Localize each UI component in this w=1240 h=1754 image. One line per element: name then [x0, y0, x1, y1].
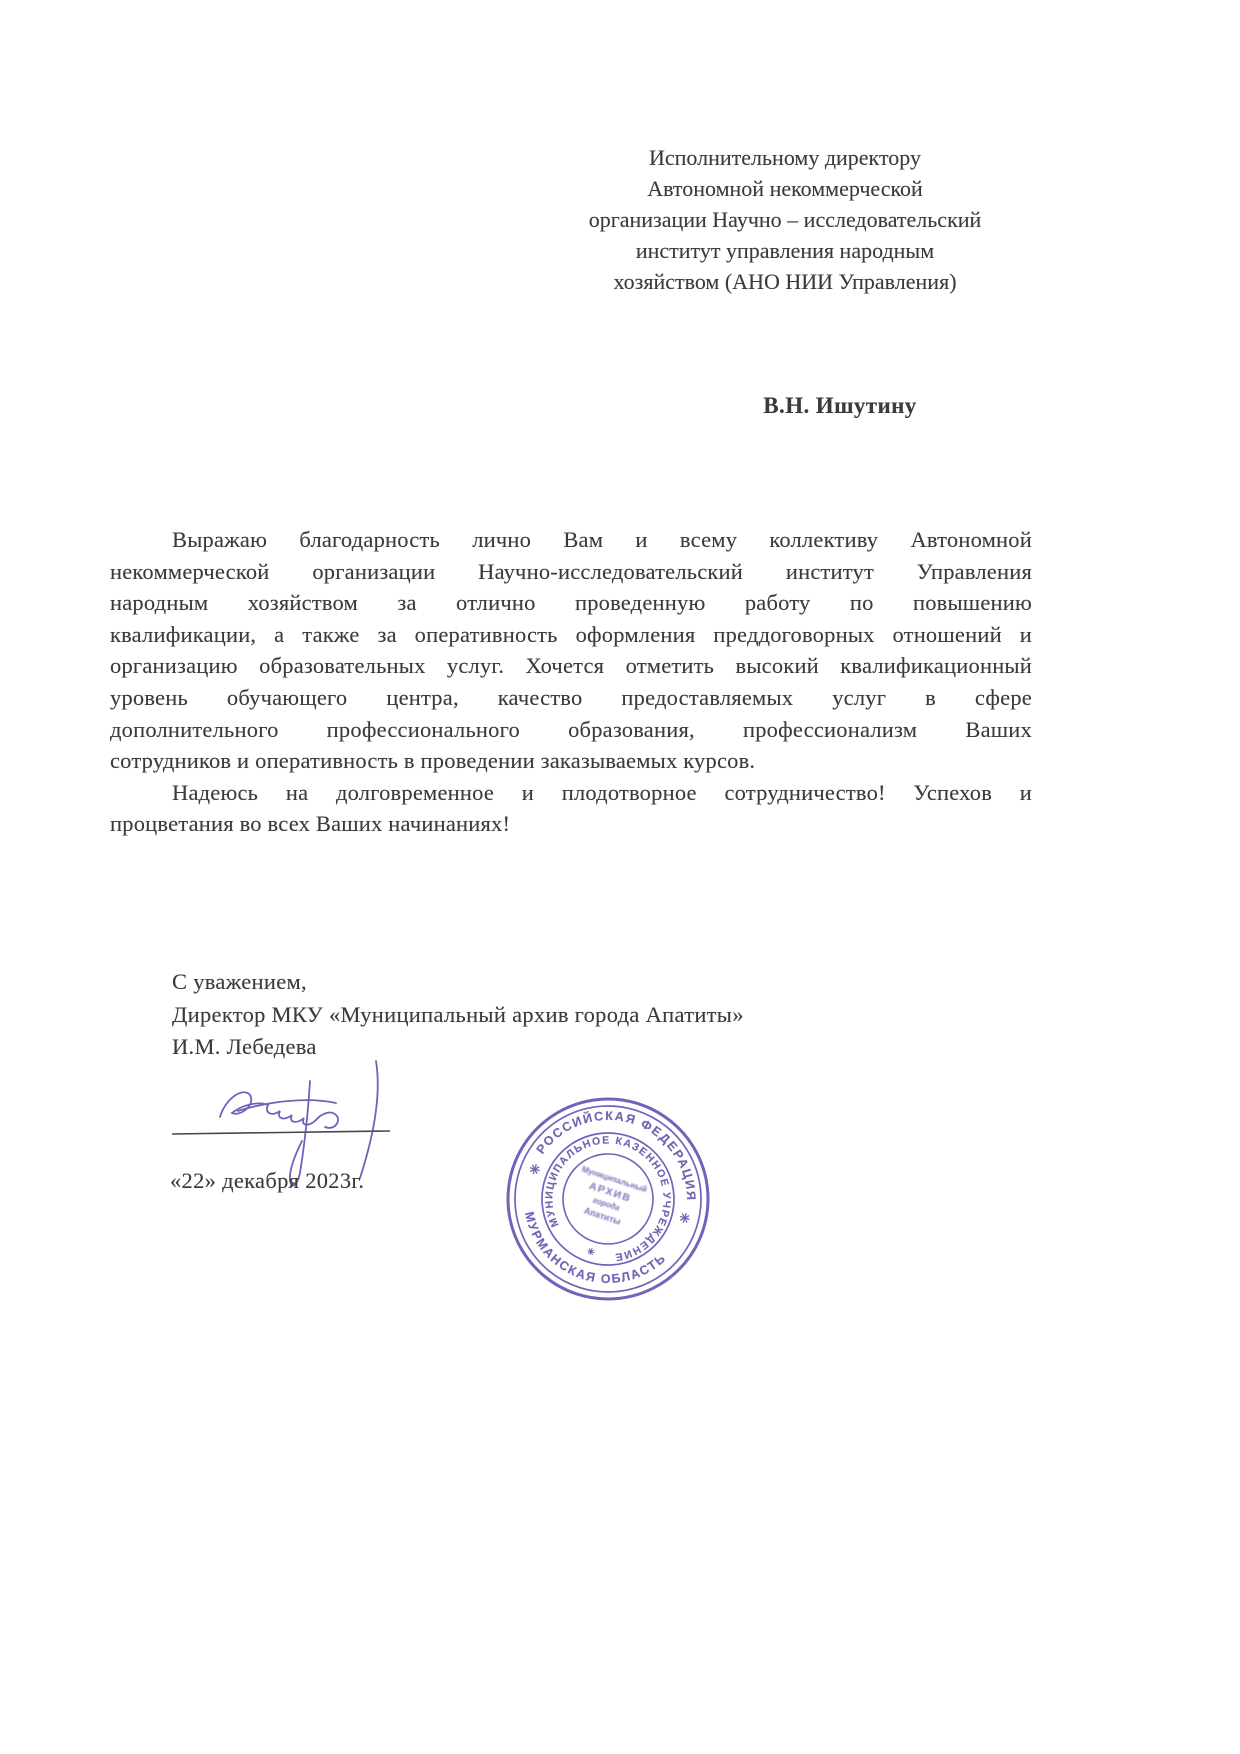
- stamp-star-bottom-icon: ✳: [586, 1246, 597, 1258]
- body-line: квалификации, а также за оперативность о…: [110, 619, 1032, 651]
- recipient-line: хозяйством (АНО НИИ Управления): [545, 266, 1025, 297]
- body-line: процветания во всех Ваших начинаниях!: [110, 808, 1032, 840]
- date-text: «22» декабря 2023г.: [170, 1168, 364, 1194]
- body-line: организацию образовательных услуг. Хочет…: [110, 650, 1032, 682]
- body-line: некоммерческой организации Научно-исслед…: [110, 556, 1032, 588]
- body-line: сотрудников и оперативность в проведении…: [110, 745, 1032, 777]
- signature-crossstroke: [238, 1100, 336, 1111]
- letter-body: Выражаю благодарность лично Вам и всему …: [110, 524, 1032, 840]
- signature-underline: [172, 1131, 390, 1134]
- recipient-line: институт управления народным: [545, 235, 1025, 266]
- signature-loops: [220, 1092, 338, 1128]
- recipient-block: Исполнительному директору Автономной нек…: [545, 142, 1025, 297]
- body-line: уровень обучающего центра, качество пред…: [110, 682, 1032, 714]
- stamp-star-left-icon: ✳: [527, 1161, 542, 1179]
- recipient-line: Исполнительному директору: [545, 142, 1025, 173]
- stamp-center-text: Муниципальный АРХИВ города Апатиты: [568, 1165, 648, 1232]
- stamp-texts: РОССИЙСКАЯ ФЕДЕРАЦИЯ МУРМАНСКАЯ ОБЛАСТЬ …: [499, 1087, 718, 1309]
- letter-page: Исполнительному директору Автономной нек…: [0, 0, 1240, 1754]
- body-line: дополнительного профессионального образо…: [110, 714, 1032, 746]
- body-line: Выражаю благодарность лично Вам и всему …: [110, 524, 1032, 556]
- signature-ink: [220, 1061, 378, 1186]
- stamp-star-right-icon: ✳: [677, 1209, 692, 1227]
- body-line: народным хозяйством за отлично проведенн…: [110, 587, 1032, 619]
- recipient-line: Автономной некоммерческой: [545, 173, 1025, 204]
- signoff-line: С уважением,: [172, 966, 744, 999]
- signoff-line: Директор МКУ «Муниципальный архив города…: [172, 999, 744, 1032]
- body-line: Надеюсь на долговременное и плодотворное…: [110, 777, 1032, 809]
- signoff-block: С уважением, Директор МКУ «Муниципальный…: [172, 966, 744, 1064]
- addressee-name: В.Н. Ишутину: [600, 393, 1080, 419]
- signature-flourish: [360, 1061, 378, 1178]
- stamp-svg: РОССИЙСКАЯ ФЕДЕРАЦИЯ МУРМАНСКАЯ ОБЛАСТЬ …: [493, 1084, 723, 1314]
- recipient-line: организации Научно – исследовательский: [545, 204, 1025, 235]
- stamp-area: РОССИЙСКАЯ ФЕДЕРАЦИЯ МУРМАНСКАЯ ОБЛАСТЬ …: [493, 1084, 723, 1314]
